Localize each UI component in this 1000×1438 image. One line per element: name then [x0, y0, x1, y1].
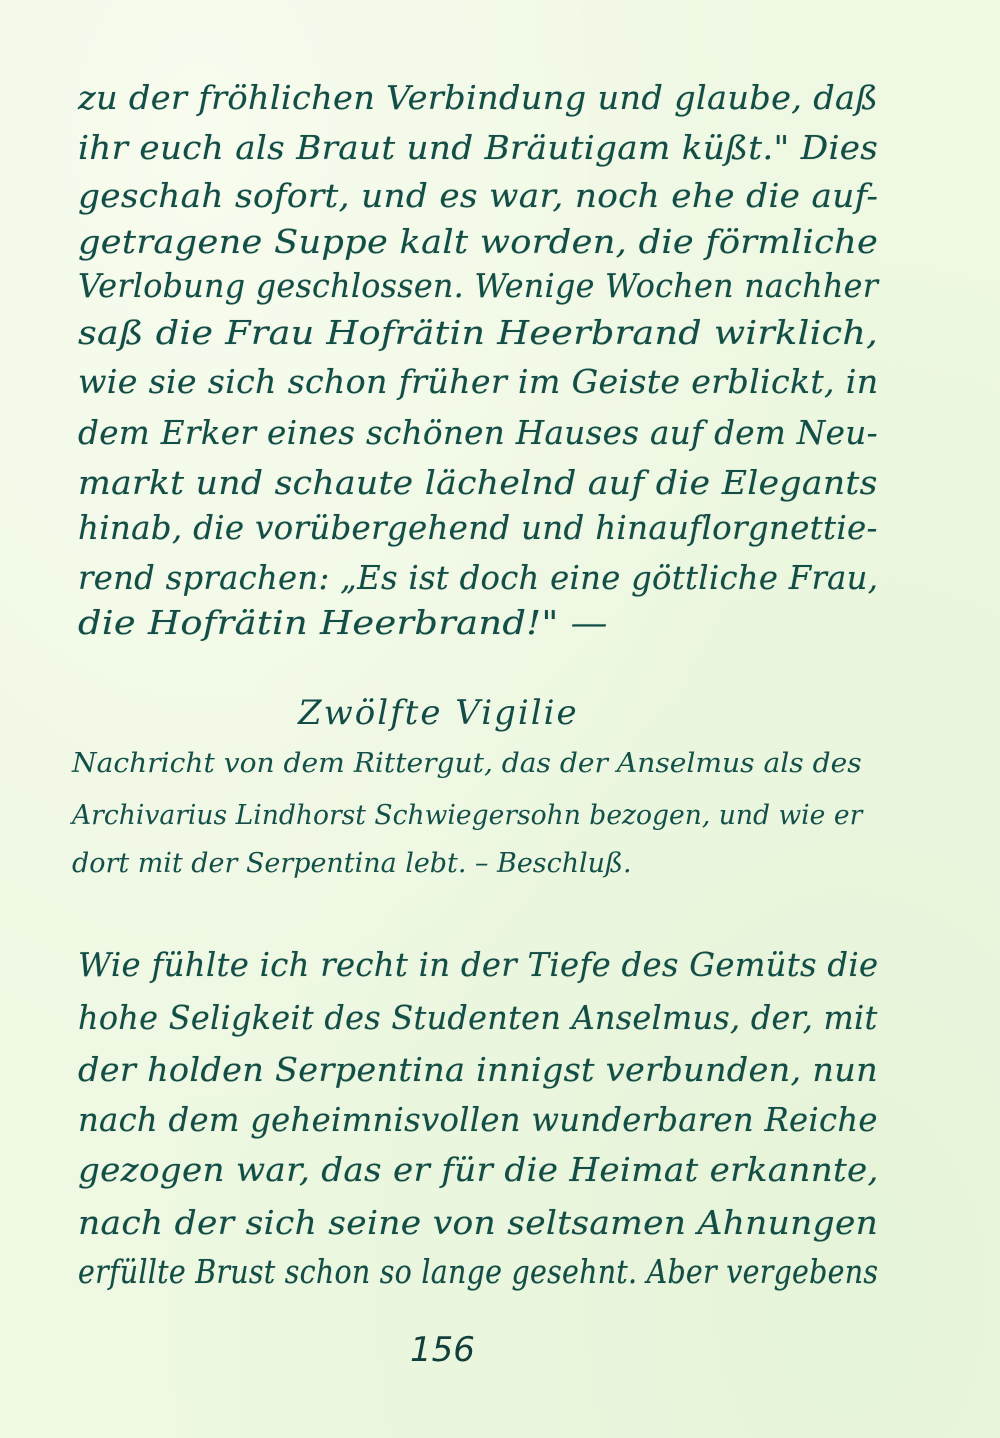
text-line: hohe Seligkeit des Studenten Anselmus, d…: [78, 998, 878, 1037]
text-line: getragene Suppe kalt worden, die förmlic…: [78, 222, 878, 261]
text-line: rend sprachen: „Es ist doch eine göttlic…: [78, 558, 878, 597]
text-line: hinab, die vorübergehend und hinauflorgn…: [78, 508, 878, 547]
chapter-heading: Zwölfte Vigilie: [298, 693, 579, 733]
text-line: gezogen war, das er für die Heimat erkan…: [78, 1150, 879, 1189]
chapter-summary-line: Nachricht von dem Rittergut, das der Ans…: [72, 748, 862, 779]
text-line: ihr euch als Braut und Bräutigam küßt." …: [78, 128, 878, 167]
text-line: geschah sofort, und es war, noch ehe die…: [78, 176, 878, 215]
text-line: zu der fröhlichen Verbindung und glaube,…: [78, 78, 878, 117]
text-line: der holden Serpentina innigst verbunden,…: [78, 1050, 878, 1089]
chapter-summary-line: Archivarius Lindhorst Schwiegersohn bezo…: [72, 800, 862, 831]
chapter-summary-line: dort mit der Serpentina lebt. – Beschluß…: [72, 848, 632, 879]
text-line: nach der sich seine von seltsamen Ahnung…: [78, 1203, 878, 1242]
text-line: dem Erker eines schönen Hauses auf dem N…: [78, 413, 878, 452]
page-number: 156: [410, 1330, 475, 1370]
text-line: wie sie sich schon früher im Geiste erbl…: [78, 362, 878, 401]
text-line: erfüllte Brust schon so lange gesehnt. A…: [78, 1252, 878, 1291]
text-line: Wie fühlte ich recht in der Tiefe des Ge…: [78, 945, 878, 984]
text-line: nach dem geheimnisvollen wunderbaren Rei…: [78, 1100, 878, 1139]
text-line: Verlobung geschlossen. Wenige Wochen nac…: [78, 266, 878, 305]
text-line: saß die Frau Hofrätin Heerbrand wirklich…: [78, 313, 878, 352]
text-line: markt und schaute lächelnd auf die Elega…: [78, 463, 878, 502]
text-line: die Hofrätin Heerbrand!" —: [78, 603, 608, 642]
manuscript-page: zu der fröhlichen Verbindung und glaube,…: [0, 0, 1000, 1438]
